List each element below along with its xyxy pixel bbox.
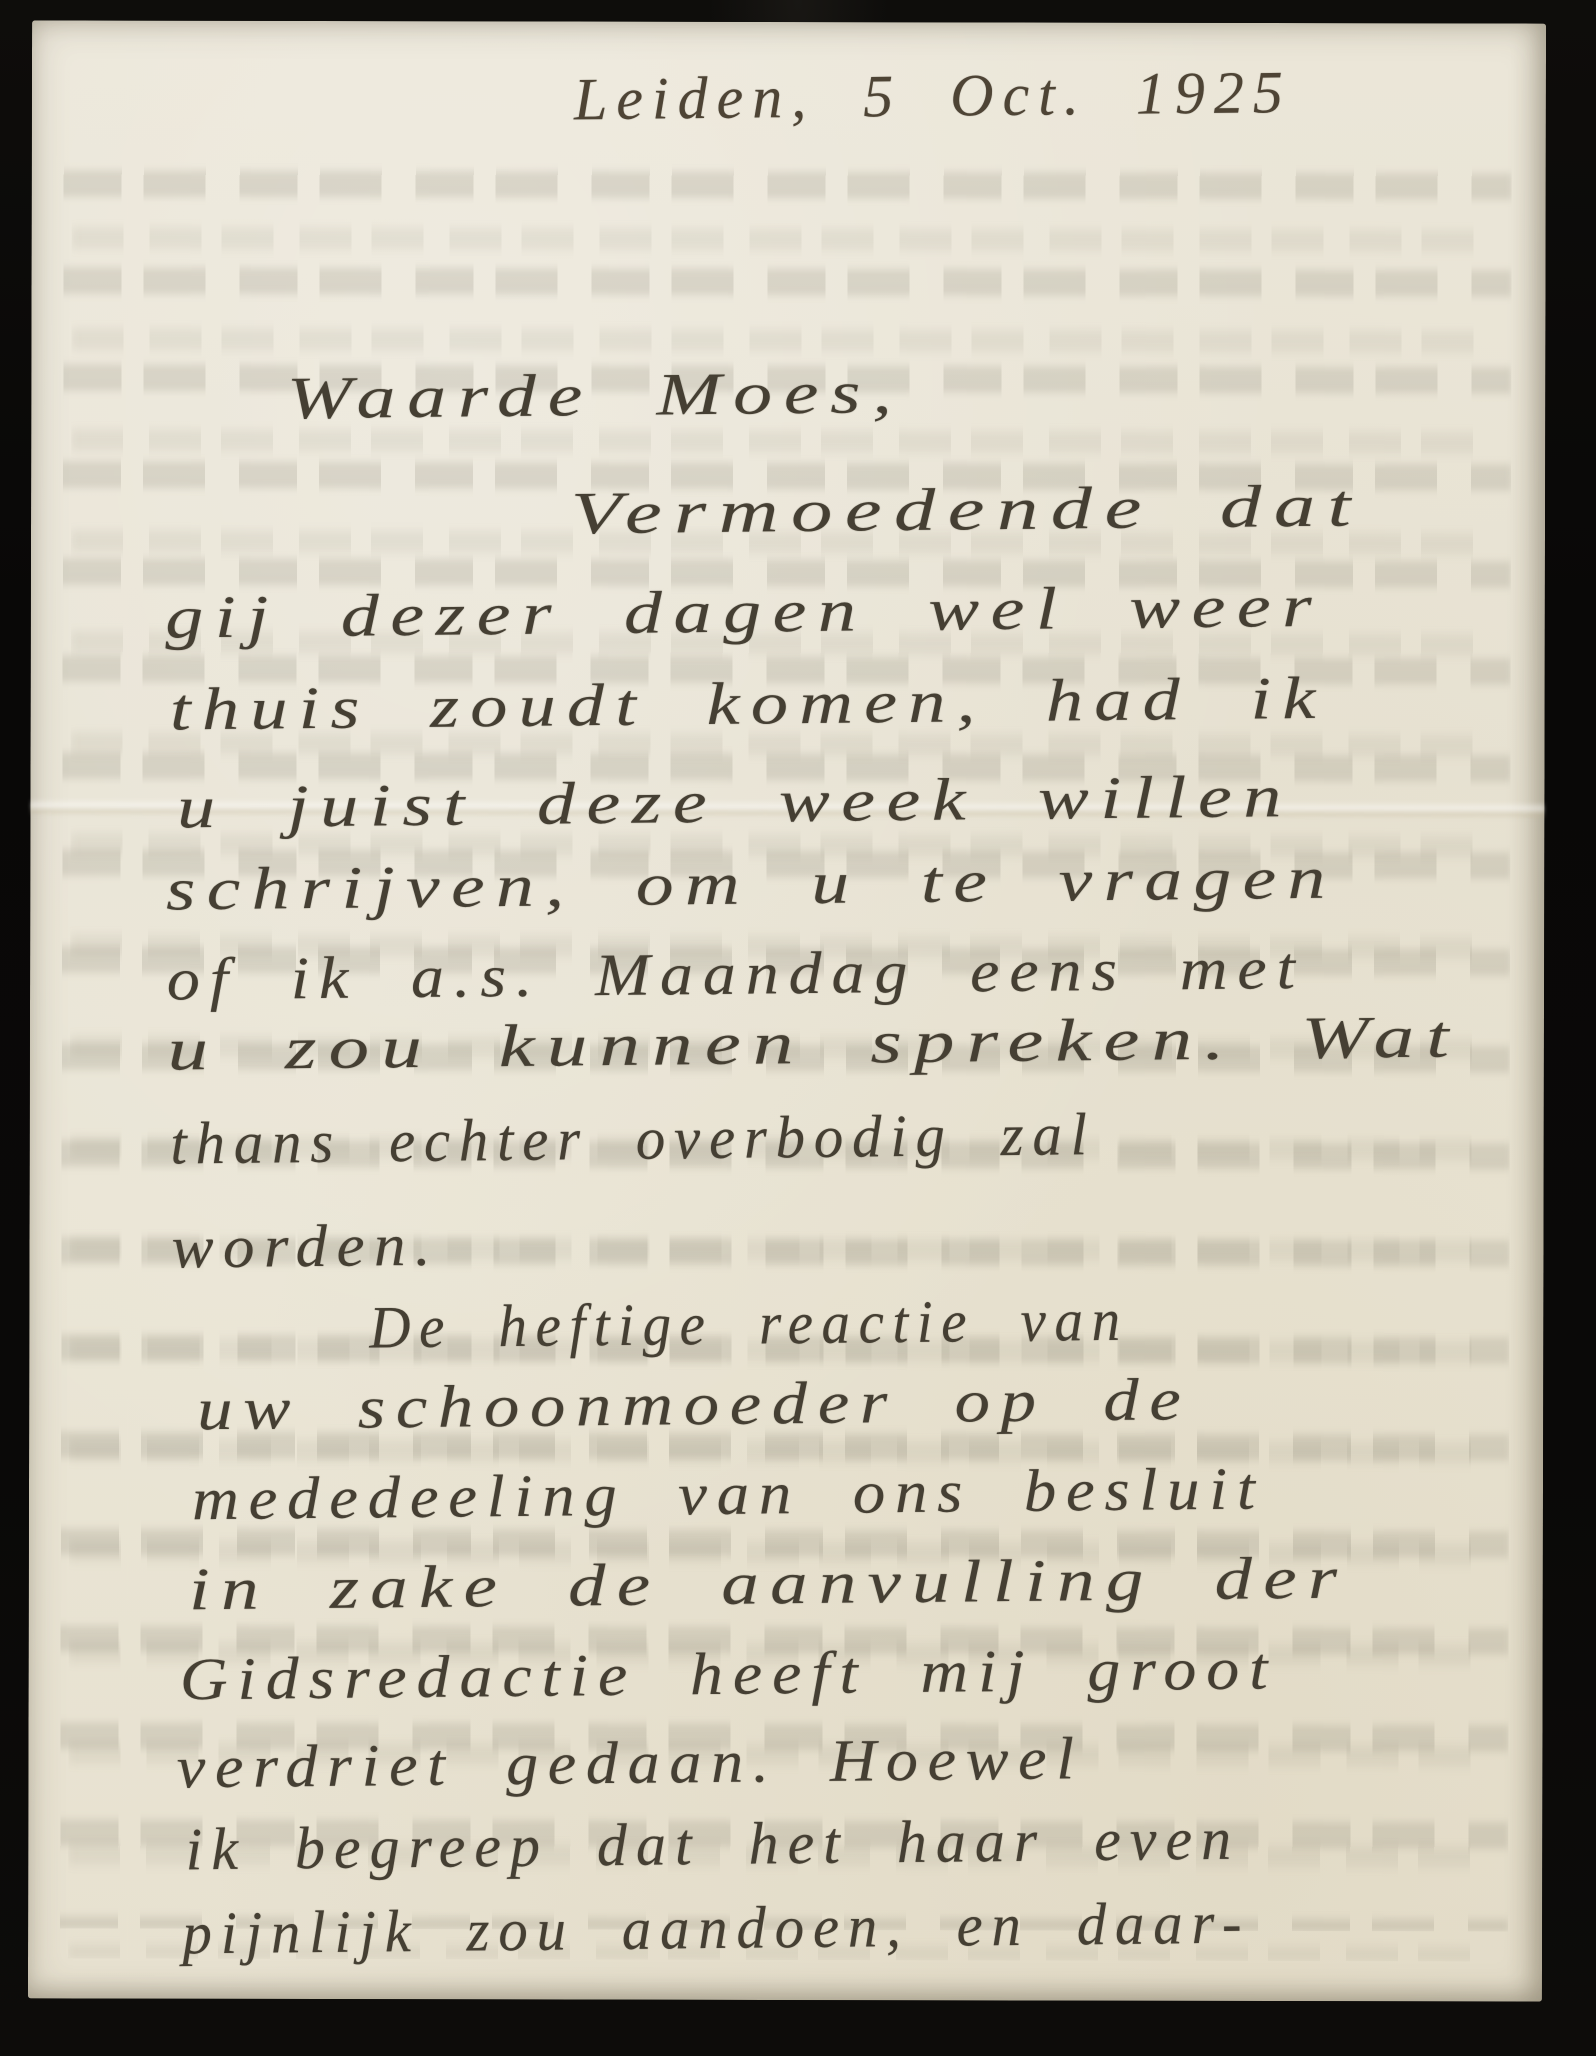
handwritten-line: uw schoonmoeder op de xyxy=(197,1368,1192,1440)
handwritten-line: mededeeling van ons besluit xyxy=(192,1457,1265,1530)
handwritten-line: thuis zoudt komen, had ik xyxy=(170,667,1327,741)
letter-page: Leiden, 5 Oct. 1925 Waarde Moes, Vermoed… xyxy=(28,20,1546,2001)
handwritten-line: gij dezer dagen wel weer xyxy=(165,575,1324,649)
handwritten-line: u zou kunnen spreken. Wat xyxy=(167,1005,1461,1080)
handwritten-line: Vermoedende dat xyxy=(571,474,1364,544)
handwritten-line: thans echter overbodig zal xyxy=(170,1103,1096,1175)
dateline: Leiden, 5 Oct. 1925 xyxy=(574,61,1293,131)
handwritten-line: schrijven, om u te vragen xyxy=(166,847,1337,921)
handwritten-line: of ik a.s. Maandag eens met xyxy=(166,937,1305,1011)
handwritten-line: u juist deze week willen xyxy=(177,765,1293,839)
handwritten-line: in zake de aanvulling der xyxy=(189,1547,1349,1621)
scan-background: Leiden, 5 Oct. 1925 Waarde Moes, Vermoed… xyxy=(0,0,1596,2056)
handwritten-line: worden. xyxy=(171,1214,440,1279)
handwriting-layer: Leiden, 5 Oct. 1925 Waarde Moes, Vermoed… xyxy=(21,7,1555,2000)
salutation: Waarde Moes, xyxy=(287,361,904,430)
handwritten-line: De heftige reactie van xyxy=(369,1289,1129,1359)
handwritten-line: Gidsredactie heeft mij groot xyxy=(180,1637,1278,1710)
handwritten-line: verdriet gedaan. Hoewel xyxy=(176,1727,1084,1799)
handwritten-line: pijnlijk zou aandoen, en daar- xyxy=(182,1892,1251,1965)
handwritten-line: ik begreep dat het haar even xyxy=(185,1808,1240,1881)
